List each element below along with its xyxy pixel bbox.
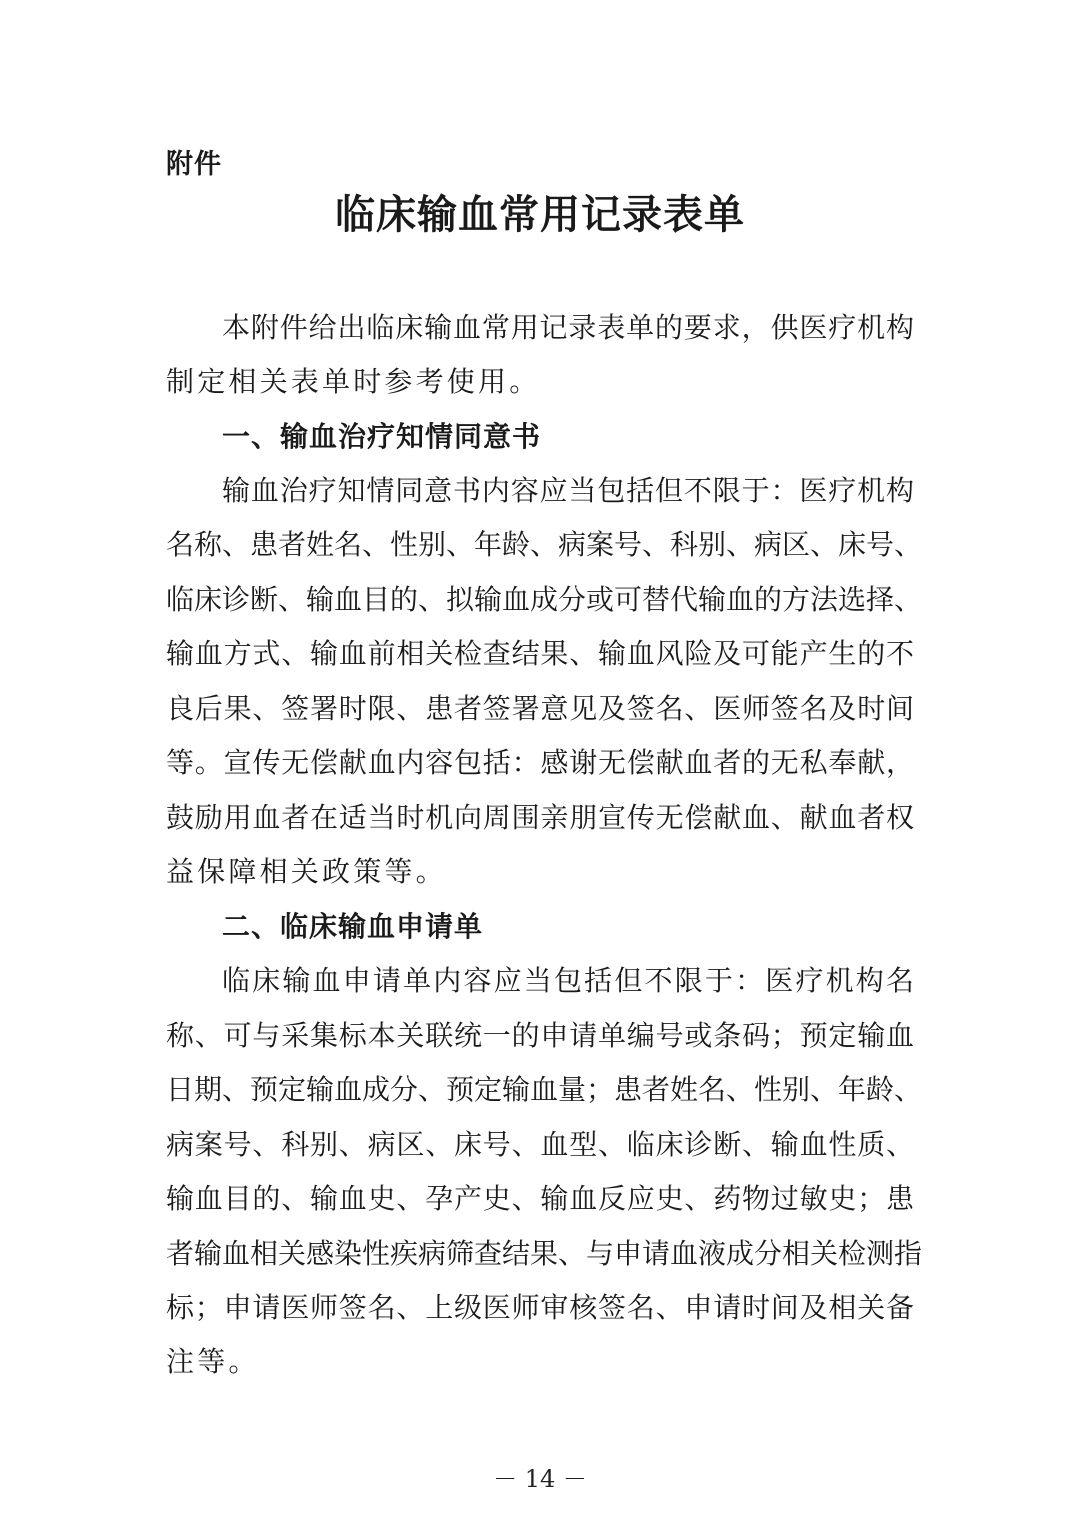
document-page: 附件 临床输血常用记录表单 本附件给出临床输血常用记录表单的要求，供医疗机构 制… (0, 0, 1080, 1527)
paragraph-line: 者输血相关感染性疾病筛查结果、与申请血液成分相关检测指 (166, 1234, 914, 1274)
paragraph-line: 良后果、签署时限、患者签署意见及签名、医师签名及时间 (166, 689, 914, 729)
paragraph-line: 等。宣传无偿献血内容包括：感谢无偿献血者的无私奉献， (166, 743, 914, 783)
paragraph-line: 输血目的、输血史、孕产史、输血反应史、药物过敏史；患 (166, 1179, 914, 1219)
document-title: 临床输血常用记录表单 (0, 192, 1080, 238)
section-heading-informed-consent: 一、输血治疗知情同意书 (222, 417, 541, 457)
paragraph-line: 注等。 (166, 1342, 914, 1382)
paragraph-line: 临床诊断、输血目的、拟输血成分或可替代输血的方法选择、 (166, 580, 914, 620)
paragraph-line: 名称、患者姓名、性别、年龄、病案号、科别、病区、床号、 (166, 525, 914, 565)
paragraph-line: 病案号、科别、病区、床号、血型、临床诊断、输血性质、 (166, 1125, 914, 1165)
attachment-label: 附件 (166, 148, 222, 182)
paragraph-line: 日期、预定输血成分、预定输血量；患者姓名、性别、年龄、 (166, 1070, 914, 1110)
paragraph-line: 临床输血申请单内容应当包括但不限于：医疗机构名 (222, 961, 914, 1001)
page-number: － 14 － (0, 1464, 1080, 1494)
intro-line: 制定相关表单时参考使用。 (166, 362, 914, 402)
paragraph-line: 称、可与采集标本关联统一的申请单编号或条码；预定输血 (166, 1016, 914, 1056)
intro-line: 本附件给出临床输血常用记录表单的要求，供医疗机构 (222, 308, 914, 348)
paragraph-line: 鼓励用血者在适当时机向周围亲朋宣传无偿献血、献血者权 (166, 798, 914, 838)
paragraph-line: 输血治疗知情同意书内容应当包括但不限于：医疗机构 (222, 471, 914, 511)
section-heading-transfusion-request: 二、临床输血申请单 (222, 907, 483, 947)
paragraph-line: 益保障相关政策等。 (166, 852, 914, 892)
paragraph-line: 标；申请医师签名、上级医师审核签名、申请时间及相关备 (166, 1288, 914, 1328)
paragraph-line: 输血方式、输血前相关检查结果、输血风险及可能产生的不 (166, 634, 914, 674)
